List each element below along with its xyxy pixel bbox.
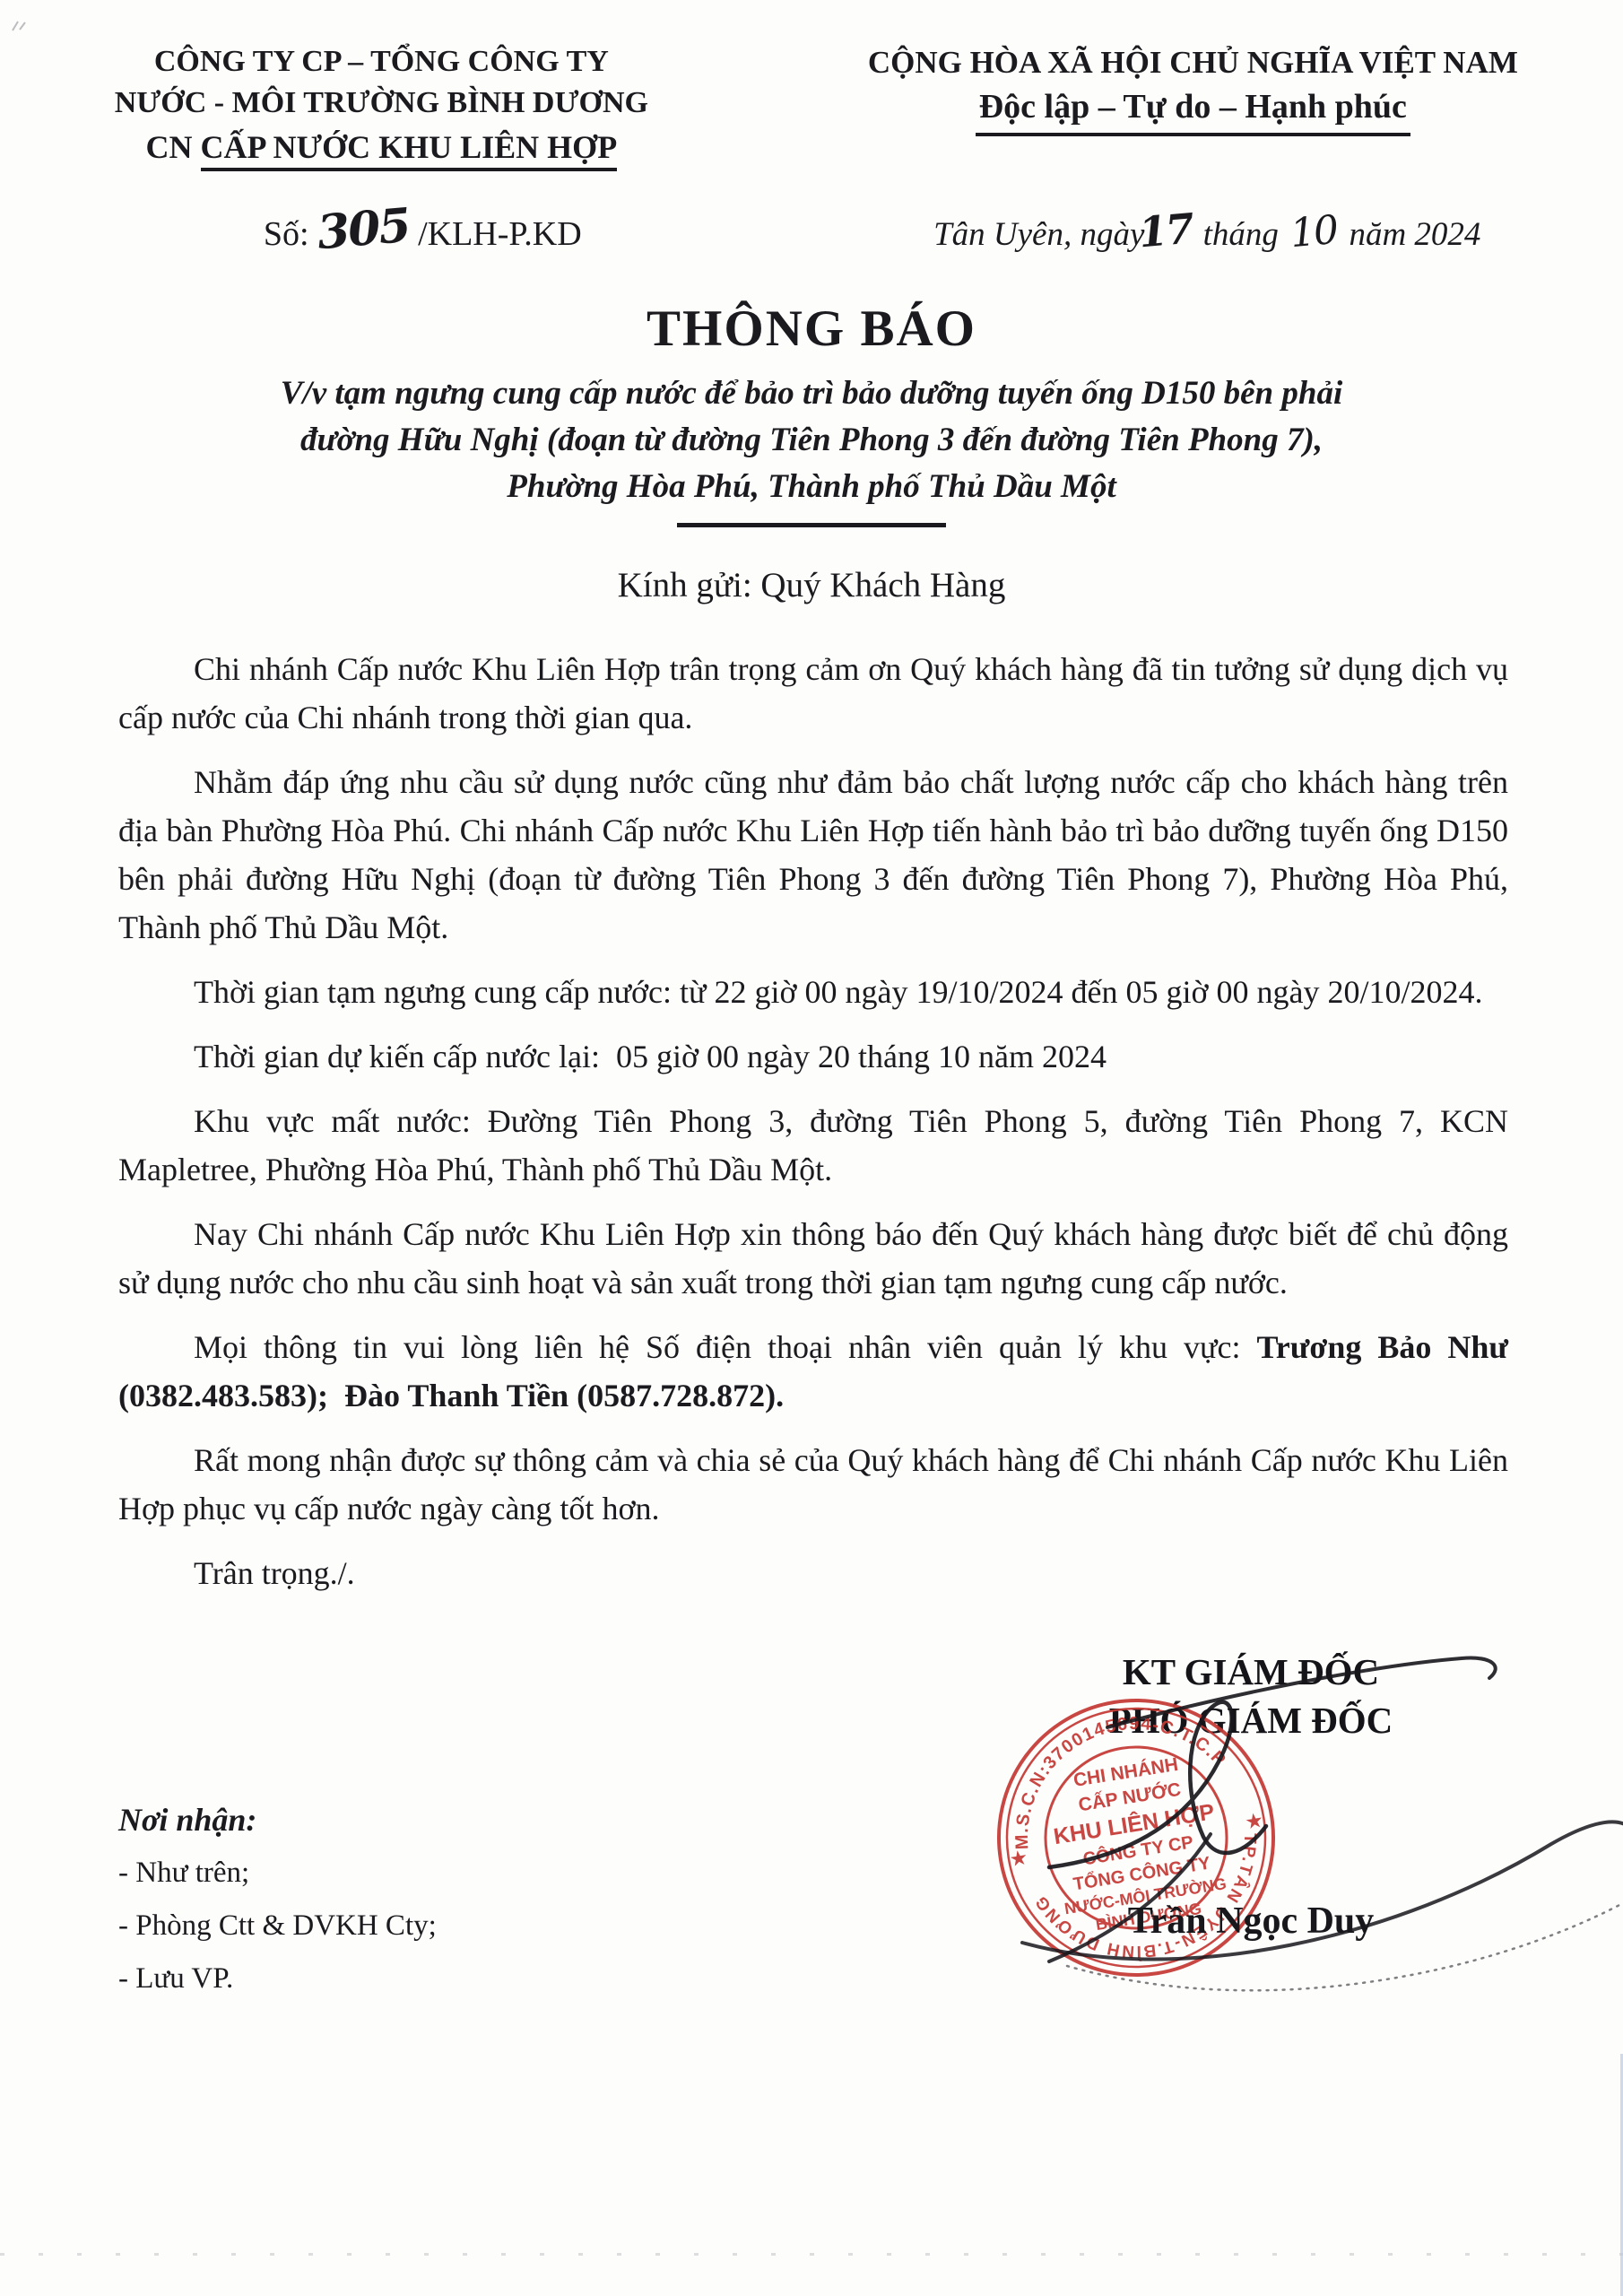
recipients-block: Nơi nhận: - Như trên; - Phòng Ctt & DVKH…	[118, 1794, 437, 2005]
date-mid: tháng	[1203, 216, 1279, 253]
issuer-block: CÔNG TY CP – TỔNG CÔNG TY NƯỚC - MÔI TRƯ…	[0, 41, 763, 170]
body-paragraph: Nay Chi nhánh Cấp nước Khu Liên Hợp xin …	[118, 1210, 1508, 1307]
contact-paragraph: Mọi thông tin vui lòng liên hệ Số điện t…	[118, 1323, 1508, 1420]
issuer-line3: CN CẤP NƯỚC KHU LIÊN HỢP	[0, 124, 763, 170]
number-suffix: /KLH-P.KD	[418, 215, 582, 253]
recipient-item: - Như trên;	[118, 1847, 437, 1900]
header: CÔNG TY CP – TỔNG CÔNG TY NƯỚC - MÔI TRƯ…	[0, 0, 1623, 170]
meta-row: Số: 305 /KLH-P.KD Tân Uyên, ngày17 tháng…	[0, 206, 1623, 255]
closing-line: Trân trọng./.	[118, 1549, 1508, 1597]
salutation: Kính gửi: Quý Khách Hàng	[0, 565, 1623, 605]
place-date-line: Tân Uyên, ngày17 tháng 10 năm 2024	[792, 206, 1623, 255]
date-suffix: năm 2024	[1349, 216, 1480, 253]
body-paragraph: Khu vực mất nước: Đường Tiên Phong 3, đư…	[118, 1097, 1508, 1194]
signature-strokes	[915, 1641, 1623, 2090]
date-month-handwritten: 10	[1289, 207, 1339, 257]
issuer-line2: NƯỚC - MÔI TRƯỜNG BÌNH DƯƠNG	[0, 83, 763, 124]
date-day-handwritten: 17	[1137, 204, 1194, 257]
subject-line2: đường Hữu Nghị (đoạn từ đường Tiên Phong…	[0, 417, 1623, 464]
scan-noise-line	[0, 2253, 1623, 2256]
number-prefix: Số:	[264, 215, 309, 253]
subject-divider	[677, 523, 946, 527]
issuer-line1: CÔNG TY CP – TỔNG CÔNG TY	[0, 41, 763, 83]
body-paragraph: Nhằm đáp ứng nhu cầu sử dụng nước cũng n…	[118, 758, 1508, 952]
issuer-line3-prefix: CN	[146, 129, 201, 165]
document-page: CÔNG TY CP – TỔNG CÔNG TY NƯỚC - MÔI TRƯ…	[0, 0, 1623, 2296]
contact-intro: Mọi thông tin vui lòng liên hệ Số điện t…	[194, 1329, 1256, 1365]
scan-pencil-mark	[9, 18, 32, 36]
issuer-line3-underlined: CẤP NƯỚC KHU LIÊN HỢP	[201, 129, 618, 171]
document-title: THÔNG BÁO	[0, 300, 1623, 358]
signer-name: Trần Ngọc Duy	[982, 1900, 1520, 1943]
national-title: CỘNG HÒA XÃ HỘI CHỦ NGHĨA VIỆT NAM	[763, 41, 1623, 84]
document-body: Chi nhánh Cấp nước Khu Liên Hợp trân trọ…	[118, 645, 1508, 1597]
document-number: Số: 305 /KLH-P.KD	[0, 206, 792, 254]
national-motto: Độc lập – Tự do – Hạnh phúc	[763, 84, 1623, 136]
body-paragraph: Rất mong nhận được sự thông cảm và chia …	[118, 1436, 1508, 1533]
subject-line1: V/v tạm ngưng cung cấp nước để bảo trì b…	[0, 370, 1623, 417]
date-prefix: Tân Uyên, ngày	[933, 216, 1144, 253]
recipients-label: Nơi nhận:	[118, 1794, 437, 1847]
body-paragraph: Thời gian dự kiến cấp nước lại: 05 giờ 0…	[118, 1032, 1508, 1081]
national-motto-text: Độc lập – Tự do – Hạnh phúc	[976, 84, 1410, 136]
recipient-item: - Lưu VP.	[118, 1952, 437, 2005]
body-paragraph: Chi nhánh Cấp nước Khu Liên Hợp trân trọ…	[118, 645, 1508, 742]
number-handwritten: 305	[316, 203, 412, 257]
body-paragraph: Thời gian tạm ngưng cung cấp nước: từ 22…	[118, 968, 1508, 1016]
national-motto-block: CỘNG HÒA XÃ HỘI CHỦ NGHĨA VIỆT NAM Độc l…	[763, 41, 1623, 170]
recipient-item: - Phòng Ctt & DVKH Cty;	[118, 1900, 437, 1952]
document-subject: V/v tạm ngưng cung cấp nước để bảo trì b…	[0, 370, 1623, 510]
subject-line3: Phường Hòa Phú, Thành phố Thủ Dầu Một	[0, 464, 1623, 510]
